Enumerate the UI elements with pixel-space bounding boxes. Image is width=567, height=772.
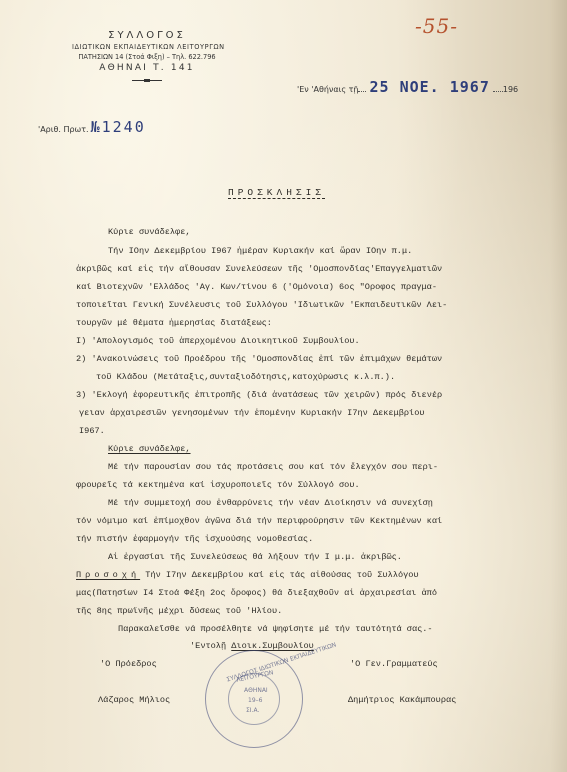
page-number: -55-	[415, 14, 458, 38]
body-line: Μέ τήν συμμετοχή σου ἐνθαρρύνεις τήν νέα…	[108, 497, 433, 510]
seal-center-line: ΣΙ.Α.	[246, 707, 259, 714]
document-title: ΠΡΟΣΚΛΗΣΙΣ	[228, 186, 325, 199]
agenda-item-2: 2) 'Ανακοινώσεις τοῦ Προέδρου τῆς 'Ομοσπ…	[76, 353, 442, 366]
letterhead-subtitle: ΙΔΙΩΤΙΚΩΝ ΕΚΠΑΙΔΕΥΤΙΚΩΝ ΛΕΙΤΟΥΡΓΩΝ	[72, 42, 222, 52]
body-line: Μέ τήν παρουσίαν σου τάς προτάσεις σου κ…	[108, 461, 438, 474]
salutation-2: Κύριε συνάδελφε,	[108, 443, 191, 456]
signature-left-name: Λάζαρος Μήλιος	[98, 694, 170, 707]
agenda-number: 3)	[76, 390, 86, 400]
attention-line: Προσοχή Τήν I7ην Δεκεμβρίου καί εἰς τάς …	[76, 569, 419, 582]
agenda-text-cont: I967.	[79, 425, 105, 438]
body-line: φρουρεῖς τά κεκτημένα καί ἰσχυροποιεῖς τ…	[76, 479, 360, 492]
reference-number: №1240	[89, 118, 146, 136]
body-line: τῆς 8ης πρωϊνῆς μέχρι δύσεως τοῦ 'Ηλίου.	[76, 605, 282, 618]
letterhead-address: ΠΑΤΗΣΙΩΝ 14 (Στοά Φιξη) – Τηλ. 622.796	[72, 52, 222, 62]
date-prefix: 'Εν 'Αθήναις τῇ	[297, 85, 358, 94]
association-seal-stamp: ΣΥΛΛΟΓΟΣ ΙΔΙΩΤΙΚΩΝ ΕΚΠΑΙΔΕΥΤΙΚΩΝ ΛΕΙΤΟΥΡ…	[205, 650, 303, 748]
salutation: Κύριε συνάδελφε,	[108, 226, 191, 239]
agenda-number: 2)	[76, 354, 86, 364]
body-line: τόν νόμιμο καί ἐπίμοχθον ἀγῶνα διά τήν π…	[76, 515, 442, 528]
agenda-number: I)	[76, 336, 86, 346]
agenda-item-1: I) 'Απολογισμός τοῦ ἀπερχομένου Διοικητι…	[76, 335, 360, 348]
attention-text: Τήν I7ην Δεκεμβρίου καί εἰς τάς αἰθούσας…	[145, 570, 418, 580]
body-line: τουργῶν μέ θέματα ἡμερησίας διατάξεως:	[76, 317, 272, 330]
signature-left-role: 'Ο Πρόεδρος	[100, 658, 157, 671]
seal-center-line: 19–6	[248, 697, 262, 704]
agenda-text: 'Απολογισμός τοῦ ἀπερχομένου Διοικητικοῦ…	[92, 336, 360, 346]
dotted-fill	[358, 91, 366, 92]
mandate-prefix: 'Εντολῇ	[190, 641, 226, 651]
letterhead-city: ΑΘΗΝΑΙ Τ. 141	[72, 62, 222, 75]
agenda-text-cont: γειαν ἀρχαιρεσιῶν γενησομένων τήν ἑπομέν…	[79, 407, 425, 420]
letterhead-divider	[132, 80, 162, 81]
body-line: Αἱ ἐργασίαι τῆς Συνελεύσεως θά λήξουν τή…	[108, 551, 402, 564]
body-line: τοποιεῖται Γενική Συνέλευσις τοῦ Συλλόγο…	[76, 299, 447, 312]
reference-label: 'Αριθ. Πρωτ.	[38, 125, 89, 134]
reference-line: 'Αριθ. Πρωτ. №1240	[38, 118, 146, 136]
body-line: καί Βιοτεχνῶν 'Ελλάδος 'Αγ. Κων/τίνου 6 …	[76, 281, 437, 294]
agenda-item-3: 3) 'Εκλογή ἐφορευτικῆς ἐπιτροπῆς (διά ἀν…	[76, 389, 442, 402]
stamped-date: 25 ΝΟΕ. 1967	[366, 78, 492, 96]
body-line: ἀκριβῶς καί εἰς τήν αἴθουσαν Συνελεύσεων…	[76, 263, 442, 276]
attention-label: Προσοχή	[76, 570, 140, 580]
agenda-text-cont: τοῦ Κλάδου (Μετάταξις,συνταξιοδότησις,κα…	[96, 371, 395, 384]
date-line: 'Εν 'Αθήναις τῇ 25 ΝΟΕ. 1967 196	[297, 78, 518, 96]
signature-right-name: Δημήτριος Κακάμπουρας	[348, 694, 456, 707]
letterhead-title: ΣΥΛΛΟΓΟΣ	[72, 30, 222, 42]
dotted-fill	[493, 91, 503, 92]
body-line: Τήν IΟην Δεκεμβρίου I967 ἡμέραν Κυριακήν…	[108, 245, 412, 258]
document-page: ΣΥΛΛΟΓΟΣ ΙΔΙΩΤΙΚΩΝ ΕΚΠΑΙΔΕΥΤΙΚΩΝ ΛΕΙΤΟΥΡ…	[0, 0, 567, 772]
body-line: μας(Πατησίων I4 Στοά Φέξη 2ος ὄροφος) θά…	[76, 587, 437, 600]
letterhead: ΣΥΛΛΟΓΟΣ ΙΔΙΩΤΙΚΩΝ ΕΚΠΑΙΔΕΥΤΙΚΩΝ ΛΕΙΤΟΥΡ…	[72, 30, 222, 81]
body-line: τήν πιστήν ἐφαρμογήν τῆς ἰσχυούσης νομοθ…	[76, 533, 313, 546]
agenda-text: 'Ανακοινώσεις τοῦ Προέδρου τῆς 'Ομοσπονδ…	[92, 354, 443, 364]
agenda-text: 'Εκλογή ἐφορευτικῆς ἐπιτροπῆς (διά ἀνατά…	[92, 390, 443, 400]
signature-right-role: 'Ο Γεν.Γραμματεύς	[350, 658, 438, 671]
date-suffix: 196	[503, 85, 518, 94]
closing-line: Παρακαλεῖσθε νά προσέλθητε νά ψηφίσητε μ…	[118, 623, 433, 636]
mandate-board: Διοικ.Συμβουλίου	[231, 641, 314, 651]
seal-center-line: ΑΘΗΝΑΙ	[244, 687, 268, 694]
